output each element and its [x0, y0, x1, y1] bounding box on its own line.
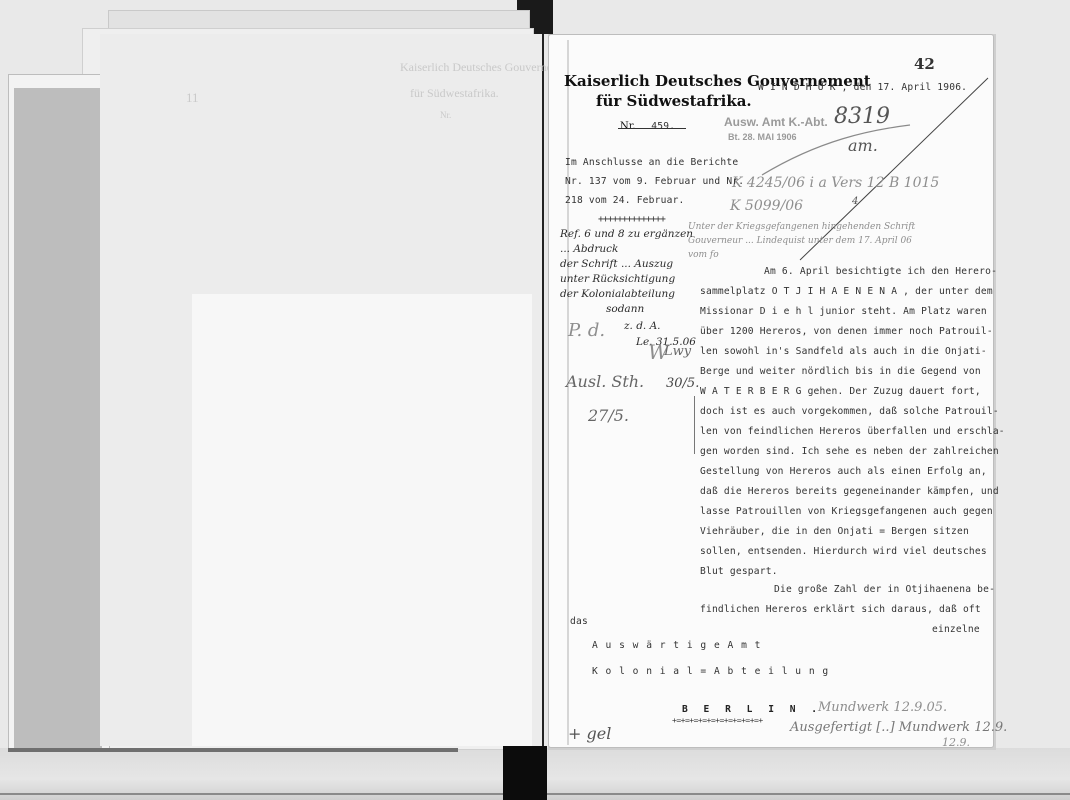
reference-line-1: Im Anschlusse an die Berichte: [565, 157, 738, 168]
addressee-line-2: K o l o n i a l = A b t e i l u n g: [592, 666, 829, 677]
addressee-line-1: A u s w ä r t i g e A m t: [592, 640, 761, 651]
margin-note-line: Gouverneur ... Lindequist unter dem 17. …: [688, 236, 912, 246]
body-line: über 1200 Hereros, von denen immer noch …: [700, 326, 993, 337]
margin-note-line: Unter der Kriegsgefangenen hingehenden S…: [688, 222, 915, 232]
show-through-mark: 11: [186, 90, 199, 106]
show-through-text: Nr.: [440, 110, 451, 120]
marginal-instruction: unter Rücksichtigung: [560, 273, 675, 285]
body-line: lasse Patrouillen von Kriegsgefangenen a…: [700, 506, 993, 517]
body-line: einzelne: [932, 624, 980, 635]
body-line: Viehräuber, die in den Onjati = Bergen s…: [700, 526, 969, 537]
body-line: sollen, entsenden. Hierdurch wird viel d…: [700, 546, 987, 557]
inserted-blank-sheet: [192, 294, 532, 746]
margin-annotation: 27/5.: [588, 406, 629, 425]
show-through-text: für Südwestafrika.: [410, 86, 499, 101]
reference-line-3: 218 vom 24. Februar.: [565, 195, 685, 206]
bottom-note-right: Mundwerk 12.9.05.: [818, 700, 947, 715]
margin-note-line: vom fo: [688, 250, 719, 260]
body-line: len von feindlichen Hereros überfallen u…: [700, 426, 1005, 437]
reference-line-2: Nr. 137 vom 9. Februar und Nr.: [565, 176, 744, 187]
file-reference-2: K 5099/06: [730, 198, 803, 214]
body-line: findlichen Hereros erklärt sich daraus, …: [700, 604, 981, 615]
margin-annotation: 30/5.: [666, 376, 699, 391]
body-line: Die große Zahl der in Otjihaenena be-: [774, 584, 995, 595]
file-reference-1: K 4245/06 i a Vers 12 B 1015: [732, 175, 939, 191]
handwritten-mark: 4: [852, 196, 858, 207]
body-line: len sowohl in's Sandfeld als auch in die…: [700, 346, 987, 357]
margin-annotation: Ausl. Sth.: [566, 372, 644, 391]
margin-annotation: Lwy: [664, 344, 691, 359]
body-line: gen worden sind. Ich sehe es neben der z…: [700, 446, 999, 457]
margin-annotation: P. d.: [568, 320, 605, 341]
margin-bracket: [694, 396, 695, 454]
number-value: 459.: [651, 121, 675, 132]
folder-cover-grey: [14, 88, 102, 748]
document-number: Nr. 459.: [620, 114, 675, 133]
addressee-city: B E R L I N .: [682, 704, 822, 715]
body-line: daß die Hereros bereits gegeneinander kä…: [700, 486, 999, 497]
document-fold-line: [567, 40, 569, 745]
body-line: sammelplatz O T J I H A E N E N A , der …: [700, 286, 993, 297]
addressee-article: das: [570, 616, 588, 627]
marginal-instruction: z. d. A.: [624, 320, 661, 332]
body-line: Am 6. April besichtigte ich den Herero-: [764, 266, 997, 277]
body-line: Missionar D i e h l junior steht. Am Pla…: [700, 306, 987, 317]
bottom-note-left: + gel: [568, 724, 611, 743]
body-line: doch ist es auch vorgekommen, daß solche…: [700, 406, 999, 417]
body-line: Gestellung von Hereros auch als einen Er…: [700, 466, 987, 477]
binding-spine-bottom: [503, 746, 547, 800]
marginal-instruction: der Schrift ... Auszug: [560, 258, 673, 270]
number-underline: [618, 128, 686, 129]
body-line: Blut gespart.: [700, 566, 778, 577]
marginal-instruction: ... Abdruck: [560, 243, 618, 255]
bottom-note-right: Ausgefertigt [..] Mundwerk 12.9.: [790, 720, 1007, 735]
body-line: Berge und weiter nördlich bis in die Geg…: [700, 366, 981, 377]
marginal-instruction: der Kolonialabteilung: [560, 288, 675, 300]
addressee-city-underline: +=+=+=+=+=+=+=+=+=+=+: [672, 716, 763, 725]
bottom-note-right: 12.9.: [942, 736, 970, 749]
marginal-instruction: sodann: [606, 303, 644, 315]
folder-cover-edge: [8, 748, 458, 752]
body-line: W A T E R B E R G gehen. Der Zuzug dauer…: [700, 386, 981, 397]
reference-separator: ++++++++++++++: [598, 214, 665, 225]
marginal-instruction: Ref. 6 und 8 zu ergänzen: [560, 228, 693, 240]
number-label: Nr.: [620, 121, 636, 132]
letterhead-line-2: für Südwestafrika.: [596, 92, 752, 110]
